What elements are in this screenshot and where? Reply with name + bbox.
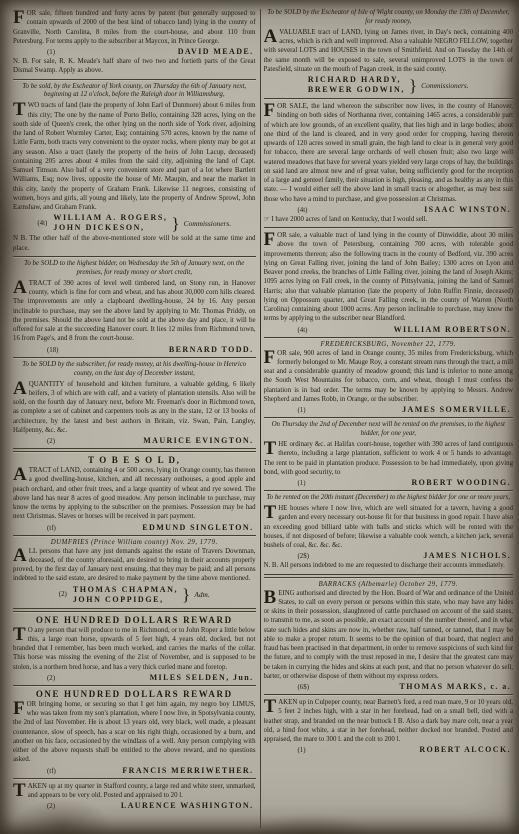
dropcap: F (264, 231, 278, 248)
ad-tavern-houses-rental: To be rented on the 20th instant (Decemb… (264, 494, 514, 570)
signature-name: MAURICE EVINGTON. (143, 436, 253, 445)
ad-body: HE houses where I now live, which are we… (264, 505, 514, 549)
ad-divider (13, 79, 256, 80)
ad-divider (13, 608, 256, 612)
page-content: FOR sale, fifteen hundred and forty acre… (13, 9, 513, 828)
dropcap: T (13, 782, 28, 799)
ad-ref: (1) (298, 407, 306, 414)
ad-body: QUANTITY of household and kitchen furnit… (13, 381, 256, 434)
ad-body: LL persons that have any just demands ag… (13, 548, 256, 583)
ad-divider (13, 535, 256, 536)
signature-name: ROBERT ALCOCK. (419, 745, 511, 754)
ad-ref: (2) (47, 803, 55, 810)
column-right: To be SOLD by the Escheator of Isle of W… (264, 9, 514, 828)
ad-heading: ONE HUNDRED DOLLARS REWARD (13, 689, 256, 699)
signature-name: ISAAC WINSTON. (424, 205, 511, 214)
ad-ref: (2) (59, 591, 67, 598)
ad-ref: (1) (298, 480, 306, 487)
ad-divider (13, 357, 256, 358)
signature-name: JAMES NICHOLS. (423, 551, 511, 560)
ad-isle-of-wight-escheator: To be SOLD by the Escheator of Isle of W… (264, 9, 514, 95)
signature-pair: (2) THOMAS CHAPMAN, JOHN COPPIDGE, } Adm… (13, 585, 256, 605)
dropcap: T (264, 440, 279, 457)
ad-ref: (4t) (298, 207, 308, 214)
ad-body: OR sale, fifteen hundred and forty acres… (13, 10, 256, 45)
dropcap: T (13, 101, 28, 118)
ad-ref: (1) (298, 747, 306, 754)
dropcap: F (264, 349, 278, 366)
dropcap: A (13, 380, 29, 397)
signature-name: JAMES SOMERVILLE. (402, 405, 511, 414)
dropcap: T (264, 504, 279, 521)
nota-bene: N. B. All persons indebted to me are req… (264, 561, 514, 570)
dropcap: T (13, 626, 28, 643)
newspaper-page: FOR sale, fifteen hundred and forty acre… (0, 0, 519, 834)
ad-reward-limus: ONE HUNDRED DOLLARS REWARD FOR bringing … (13, 689, 256, 775)
signature-name: RICHARD HARDY, (308, 75, 405, 85)
ad-orange-tract-sale: T O B E S O L D, ATRACT of LAND, contain… (13, 455, 256, 532)
ad-heading: T O B E S O L D, (13, 455, 256, 465)
ad-intro: To be SOLD by the subscriber, for ready … (15, 361, 254, 379)
ad-ref: (2) (47, 438, 55, 445)
ad-ref: (6$) (298, 684, 309, 691)
ad-body: AKEN up in Culpeper county, near Barnett… (264, 699, 514, 743)
ad-divider (264, 574, 514, 578)
signature-name: LAURENCE WASHINGTON. (121, 801, 254, 810)
signature-line: (4t)WILLIAM ROBERTSON. (264, 325, 512, 334)
ad-ref: (1) (47, 49, 55, 56)
ad-taken-up-steer: TAKEN up at my quarter in Stafford count… (13, 782, 256, 811)
ad-divider (264, 490, 514, 491)
ad-body: O any person that will produce to me in … (13, 627, 256, 671)
dropcap: B (264, 589, 279, 606)
nota-bene: N. B. For sale, R. K. Meade's half share… (13, 57, 256, 76)
ad-ref: (4t) (298, 327, 308, 334)
ad-reward-roan-horse: ONE HUNDRED DOLLARS REWARD TO any person… (13, 615, 256, 682)
ad-divider (13, 685, 256, 686)
dropcap: F (264, 102, 278, 119)
ad-divider (264, 337, 514, 338)
column-left: FOR sale, fifteen hundred and forty acre… (13, 9, 256, 828)
brace-icon: } (172, 215, 180, 232)
ad-intro: On Thursday the 2nd of December next wil… (266, 421, 512, 439)
dropcap: A (13, 547, 29, 564)
signature-name: JOHN COPPIDGE, (73, 595, 178, 605)
ad-body: OR bringing home, or securing so that I … (13, 701, 256, 764)
signature-line: (tf)EDMUND SINGLETON. (13, 523, 254, 532)
signature-line: (2)MAURICE EVINGTON. (13, 436, 254, 445)
signature-name: ROBERT WOODING. (411, 478, 511, 487)
ad-body: OR sale, a valuable tract of land lying … (264, 232, 514, 322)
ad-body: TRACT of 390 acres of level well timbere… (13, 280, 256, 343)
signature-line: (2$)JAMES NICHOLS. (264, 551, 512, 560)
signature-line: (1)ROBERT ALCOCK. (264, 745, 512, 754)
signature-name: BREWER GODWIN, (308, 85, 405, 95)
signature-name: THOMAS CHAPMAN, (73, 585, 178, 595)
signature-line: (2)LAURENCE WASHINGTON. (13, 801, 254, 810)
signature-line: (1)JAMES SOMERVILLE. (264, 405, 512, 414)
brace-icon: } (182, 586, 190, 603)
signature-name: FRANCIS MERRIWETHER. (122, 766, 253, 775)
ad-dateline: DUMFRIES (Prince William county) Nov. 29… (13, 539, 256, 546)
ad-body: TRACT of LAND, containing 4 or 500 acres… (13, 467, 256, 520)
ad-ref: (2$) (298, 553, 309, 560)
postscript: ☞ I have 2000 acres of land on Kentucky,… (264, 215, 514, 224)
ad-halifax-ordinary-rental: On Thursday the 2nd of December next wil… (264, 421, 514, 487)
signature-line: (18)BERNARD TODD. (13, 345, 254, 354)
brace-icon: } (409, 77, 417, 94)
signature-name: DAVID MEADE. (178, 47, 254, 56)
ad-ref: (tf) (47, 768, 56, 775)
signature-name: BERNARD TODD. (169, 345, 254, 354)
signature-name: MILES SELDEN, Jun. (150, 673, 254, 682)
dropcap: F (13, 9, 27, 26)
ad-ref: (2) (47, 675, 55, 682)
ad-body: WO tracts of land (late the property of … (13, 102, 256, 211)
signature-name: THOMAS MARKS, c. a. (400, 682, 512, 691)
ad-robertson-dinwiddie-land: FOR sale, a valuable tract of land lying… (264, 231, 514, 334)
signature-role: Commissioners. (184, 219, 231, 228)
signature-pair: RICHARD HARDY, BREWER GODWIN, } Commissi… (264, 75, 514, 95)
ad-divider (13, 256, 256, 257)
signature-line: (4t)ISAAC WINSTON. (264, 205, 512, 214)
dropcap: A (264, 28, 280, 45)
signature-line: (2)MILES SELDEN, Jun. (13, 673, 254, 682)
signature-role: Adm. (194, 590, 209, 599)
column-divider (260, 9, 261, 828)
dropcap: T (264, 698, 279, 715)
ad-intro: To be rented on the 20th instant (Decemb… (266, 494, 512, 503)
signature-name: WILLIAM ROBERTSON. (394, 325, 511, 334)
ad-furniture-sale: To be SOLD by the subscriber, for ready … (13, 361, 256, 445)
ad-body: OR sale, 900 acres of land in Orange cou… (264, 350, 514, 403)
ad-intro: To be sold, by the Escheator of York cou… (15, 83, 254, 101)
ad-somerville-orange-land: FREDERICKSBURG, November 22, 1779. FOR s… (264, 341, 514, 415)
ad-hanover-tract-sale: To be SOLD to the highest bidder, on Wed… (13, 260, 256, 354)
ad-york-escheator-sale: To be sold, by the Escheator of York cou… (13, 83, 256, 253)
ad-ref: (18) (47, 347, 58, 354)
ad-ref: (tf) (47, 525, 56, 532)
nota-bene: N B. The other half of the above-mention… (13, 234, 256, 253)
signature-name: JOHN DICKESON, (53, 223, 167, 233)
signature-name: WILLIAM A. ROGERS, (53, 213, 167, 223)
signature-name: EDMUND SINGLETON. (142, 523, 253, 532)
signature-role: Commissioners. (421, 81, 468, 90)
signature-pair: (4t) WILLIAM A. ROGERS, JOHN DICKESON, }… (13, 213, 256, 233)
ad-hides-and-skins-notice: BARRACKS (Albemarle) October 29, 1779. B… (264, 581, 514, 692)
ad-divider (264, 98, 514, 99)
dropcap: A (13, 466, 29, 483)
dropcap: A (13, 279, 29, 296)
ad-intro: To be SOLD by the Escheator of Isle of W… (266, 9, 512, 27)
ad-divider (264, 694, 514, 695)
signature-line: (6$)THOMAS MARKS, c. a. (264, 682, 512, 691)
signature-line: (1)ROBERT WOODING. (264, 478, 512, 487)
ad-divider (13, 778, 256, 779)
ad-body: AKEN up at my quarter in Stafford county… (28, 783, 256, 799)
ad-body: HE ordinary &c. at Halifax court-house, … (264, 441, 514, 476)
pointing-hand-icon: ☞ I have 2000 acres of land on Kentucky,… (264, 216, 428, 223)
dropcap: F (13, 700, 27, 717)
ad-divider (13, 448, 256, 452)
ad-ref: (4t) (37, 220, 47, 227)
ad-taken-up-mare: TAKEN up in Culpeper county, near Barnet… (264, 698, 514, 754)
ad-divider (264, 227, 514, 228)
signature-line: (tf)FRANCIS MERRIWETHER. (13, 766, 254, 775)
ad-downman-estate-notice: DUMFRIES (Prince William county) Nov. 29… (13, 539, 256, 605)
ad-dateline: FREDERICKSBURG, November 22, 1779. (264, 341, 514, 348)
ad-heading: ONE HUNDRED DOLLARS REWARD (13, 615, 256, 625)
ad-intro: To be SOLD to the highest bidder, on Wed… (15, 260, 254, 278)
ad-divider (264, 417, 514, 418)
ad-body: OR SALE, the land whereon the subscriber… (264, 103, 514, 203)
ad-dateline: BARRACKS (Albemarle) October 29, 1779. (264, 581, 514, 588)
ad-body: EING authorised and directed by the Hon.… (264, 590, 514, 680)
signature-line: (1)DAVID MEADE. (13, 47, 254, 56)
ad-winston-hanover-land: FOR SALE, the land whereon the subscribe… (264, 102, 514, 224)
ad-body: VALUABLE tract of LAND, lying on James r… (264, 29, 514, 73)
ad-meade-land-sale: FOR sale, fifteen hundred and forty acre… (13, 9, 256, 76)
